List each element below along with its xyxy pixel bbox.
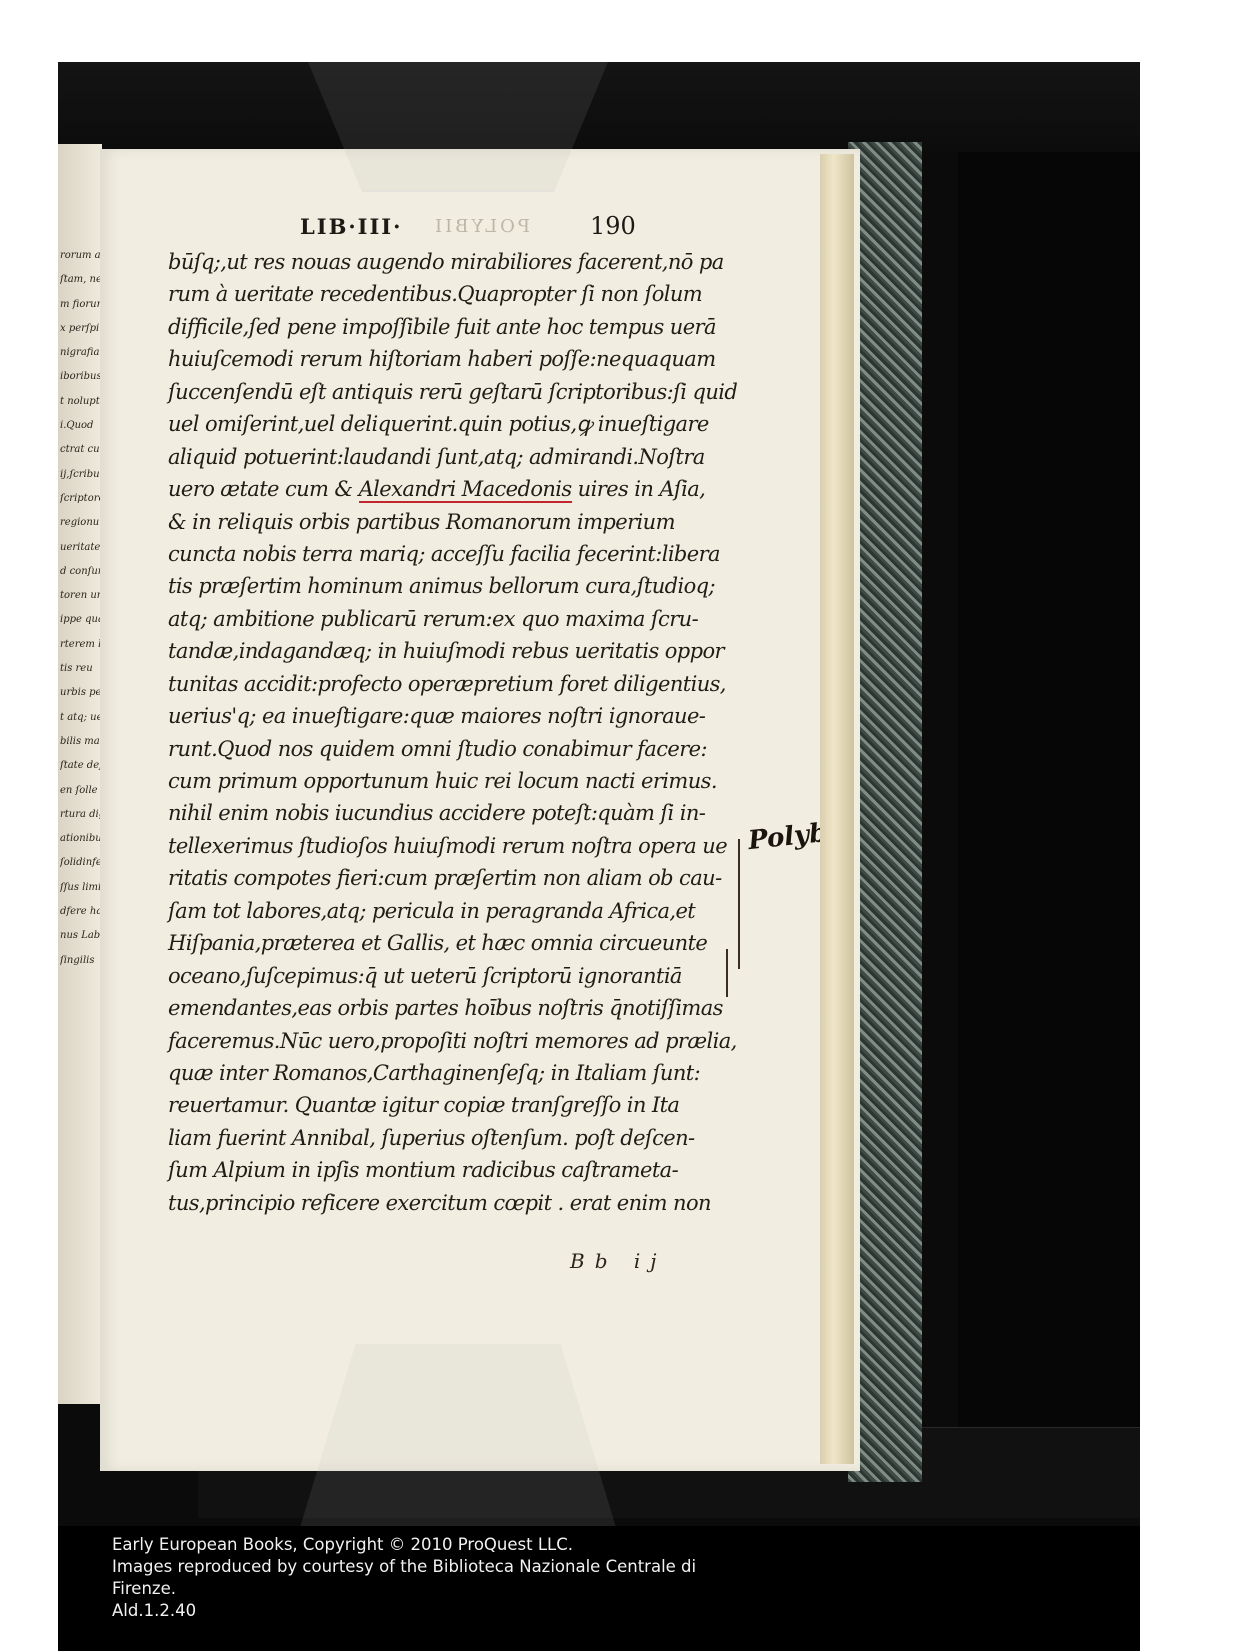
footer-courtesy-cont: Firenze. xyxy=(112,1578,696,1600)
text-line: oceano,ſuſcepimus:q̄ ut ueterū ſcriptorū… xyxy=(168,960,728,992)
left-fragment: rterem lo xyxy=(60,633,100,657)
line-suffix: uires in Aſia, xyxy=(572,477,706,501)
left-fragment: m fiorum xyxy=(60,293,100,317)
page-fore-edge xyxy=(820,154,854,1464)
left-page-edge: rorum aliq ſtam, ne m fiorum x perſpi ni… xyxy=(58,144,102,1404)
signature-mark: Bb ij xyxy=(570,1249,666,1273)
left-fragment: ſtam, ne xyxy=(60,268,100,292)
text-line: cum primum opportunum huic rei locum nac… xyxy=(168,765,728,797)
text-line: emendantes,eas orbis partes hoībus noſtr… xyxy=(168,992,728,1024)
text-line: uel omiſerint,uel deliquerint.quin potiu… xyxy=(168,408,728,440)
text-line: & in reliquis orbis partibus Romanorum i… xyxy=(168,506,728,538)
left-fragment: ij,ſcribunt xyxy=(60,463,100,487)
text-line: tunitas accidit:profecto operæpretium fo… xyxy=(168,668,728,700)
text-line: ſam tot labores,atq; pericula in peragra… xyxy=(168,895,728,927)
page-number: 190 xyxy=(590,212,636,240)
text-line: nihil enim nobis iucundius accidere pote… xyxy=(168,797,728,829)
text-line: cuncta nobis terra mariq; acceſſu facili… xyxy=(168,538,728,570)
left-fragment: tis reu xyxy=(60,657,100,681)
footer-courtesy: Images reproduced by courtesy of the Bib… xyxy=(112,1556,696,1578)
text-line: atq; ambitione publicarū rerum:ex quo ma… xyxy=(168,603,728,635)
text-line: būſq;,ut res nouas augendo mirabiliores … xyxy=(168,246,728,278)
text-line: ritatis compotes fieri:cum præſertim non… xyxy=(168,862,728,894)
left-fragment: ationibus xyxy=(60,827,100,851)
text-line: runt.Quod nos quidem omni ſtudio conabim… xyxy=(168,733,728,765)
line-prefix: uero ætate cum & xyxy=(168,477,359,501)
footer-text: Early European Books, Copyright © 2010 P… xyxy=(112,1534,696,1622)
text-line: huiuſcemodi rerum hiſtoriam haberi poſſe… xyxy=(168,343,728,375)
left-page-text-fragments: rorum aliq ſtam, ne m fiorum x perſpi ni… xyxy=(60,244,100,1414)
running-head: LIB·III· xyxy=(300,214,402,239)
text-line: liam fuerint Annibal, ſuperius oſtenſum.… xyxy=(168,1122,728,1154)
text-line: reuertamur. Quantæ igitur copiæ tranſgre… xyxy=(168,1089,728,1121)
left-fragment: ſtate deſe xyxy=(60,754,100,778)
left-fragment: i.Quod xyxy=(60,414,100,438)
left-fragment: nus Labe xyxy=(60,924,100,948)
left-fragment: ueritate xyxy=(60,536,100,560)
text-line: aliquid potuerint:laudandi ſunt,atq; adm… xyxy=(168,441,728,473)
footer-copyright: Early European Books, Copyright © 2010 P… xyxy=(112,1534,696,1556)
left-fragment: urbis pe xyxy=(60,681,100,705)
left-fragment: ſcriptore xyxy=(60,487,100,511)
text-line: Hiſpania,præterea et Gallis, et hæc omni… xyxy=(168,927,728,959)
text-line: uerius'q; ea inueſtigare:quæ maiores noſ… xyxy=(168,700,728,732)
book-page: LIB·III· POLYBII 190 būſq;,ut res nouas … xyxy=(100,149,860,1471)
left-fragment: rorum aliq xyxy=(60,244,100,268)
left-fragment: en ſolle xyxy=(60,779,100,803)
text-line: ſum Alpium in ipſis montium radicibus ca… xyxy=(168,1154,728,1186)
left-fragment: ſolidinfer xyxy=(60,851,100,875)
text-line: ſuccenſendū eſt antiquis rerū geſtarū ſc… xyxy=(168,376,728,408)
footer-shelfmark: Ald.1.2.40 xyxy=(112,1600,696,1622)
left-fragment: toren uni xyxy=(60,584,100,608)
page-header: LIB·III· POLYBII 190 xyxy=(170,214,670,244)
left-fragment: regionu xyxy=(60,511,100,535)
margin-bracket-line xyxy=(738,839,740,969)
book-photograph: rorum aliq ſtam, ne m fiorum x perſpi ni… xyxy=(58,62,1140,1526)
copyright-footer: Early European Books, Copyright © 2010 P… xyxy=(58,1526,1140,1651)
background-felt-right xyxy=(958,152,1140,1472)
left-fragment: ſſus limi xyxy=(60,876,100,900)
left-fragment: ctrat cum xyxy=(60,438,100,462)
text-line: faceremus.Nūc uero,propoſiti noſtri memo… xyxy=(168,1025,728,1057)
left-fragment: ippe qua xyxy=(60,608,100,632)
margin-bracket-line xyxy=(726,949,728,997)
text-line: difficile,ſed pene impoſſibile fuit ante… xyxy=(168,311,728,343)
left-fragment: t nolupta xyxy=(60,390,100,414)
text-line: rum à ueritate recedentibus.Quapropter ſ… xyxy=(168,278,728,310)
left-fragment: d conſun xyxy=(60,560,100,584)
highlighted-text-line: uero ætate cum & Alexandri Macedonis uir… xyxy=(168,473,728,505)
left-fragment: iboribus ſ xyxy=(60,365,100,389)
text-line: tis præſertim hominum animus bellorum cu… xyxy=(168,570,728,602)
text-line: tellexerimus ſtudioſos huiuſmodi rerum n… xyxy=(168,830,728,862)
text-line: quæ inter Romanos,Carthaginenſeſq; in It… xyxy=(168,1057,728,1089)
left-fragment: rtura digna xyxy=(60,803,100,827)
show-through-head: POLYBII xyxy=(432,216,530,237)
highlighted-phrase[interactable]: Alexandri Macedonis xyxy=(359,477,572,503)
text-block: būſq;,ut res nouas augendo mirabiliores … xyxy=(168,246,728,1219)
left-fragment: ſingilis xyxy=(60,949,100,973)
text-line: tandæ,indagandæq; in huiuſmodi rebus uer… xyxy=(168,635,728,667)
text-line: tus,principio reficere exercitum cœpit .… xyxy=(168,1187,728,1219)
left-fragment: nigrafiam xyxy=(60,341,100,365)
left-fragment: bilis man xyxy=(60,730,100,754)
left-fragment: dfere hal xyxy=(60,900,100,924)
left-fragment: t atq; ue xyxy=(60,706,100,730)
left-fragment: x perſpi xyxy=(60,317,100,341)
